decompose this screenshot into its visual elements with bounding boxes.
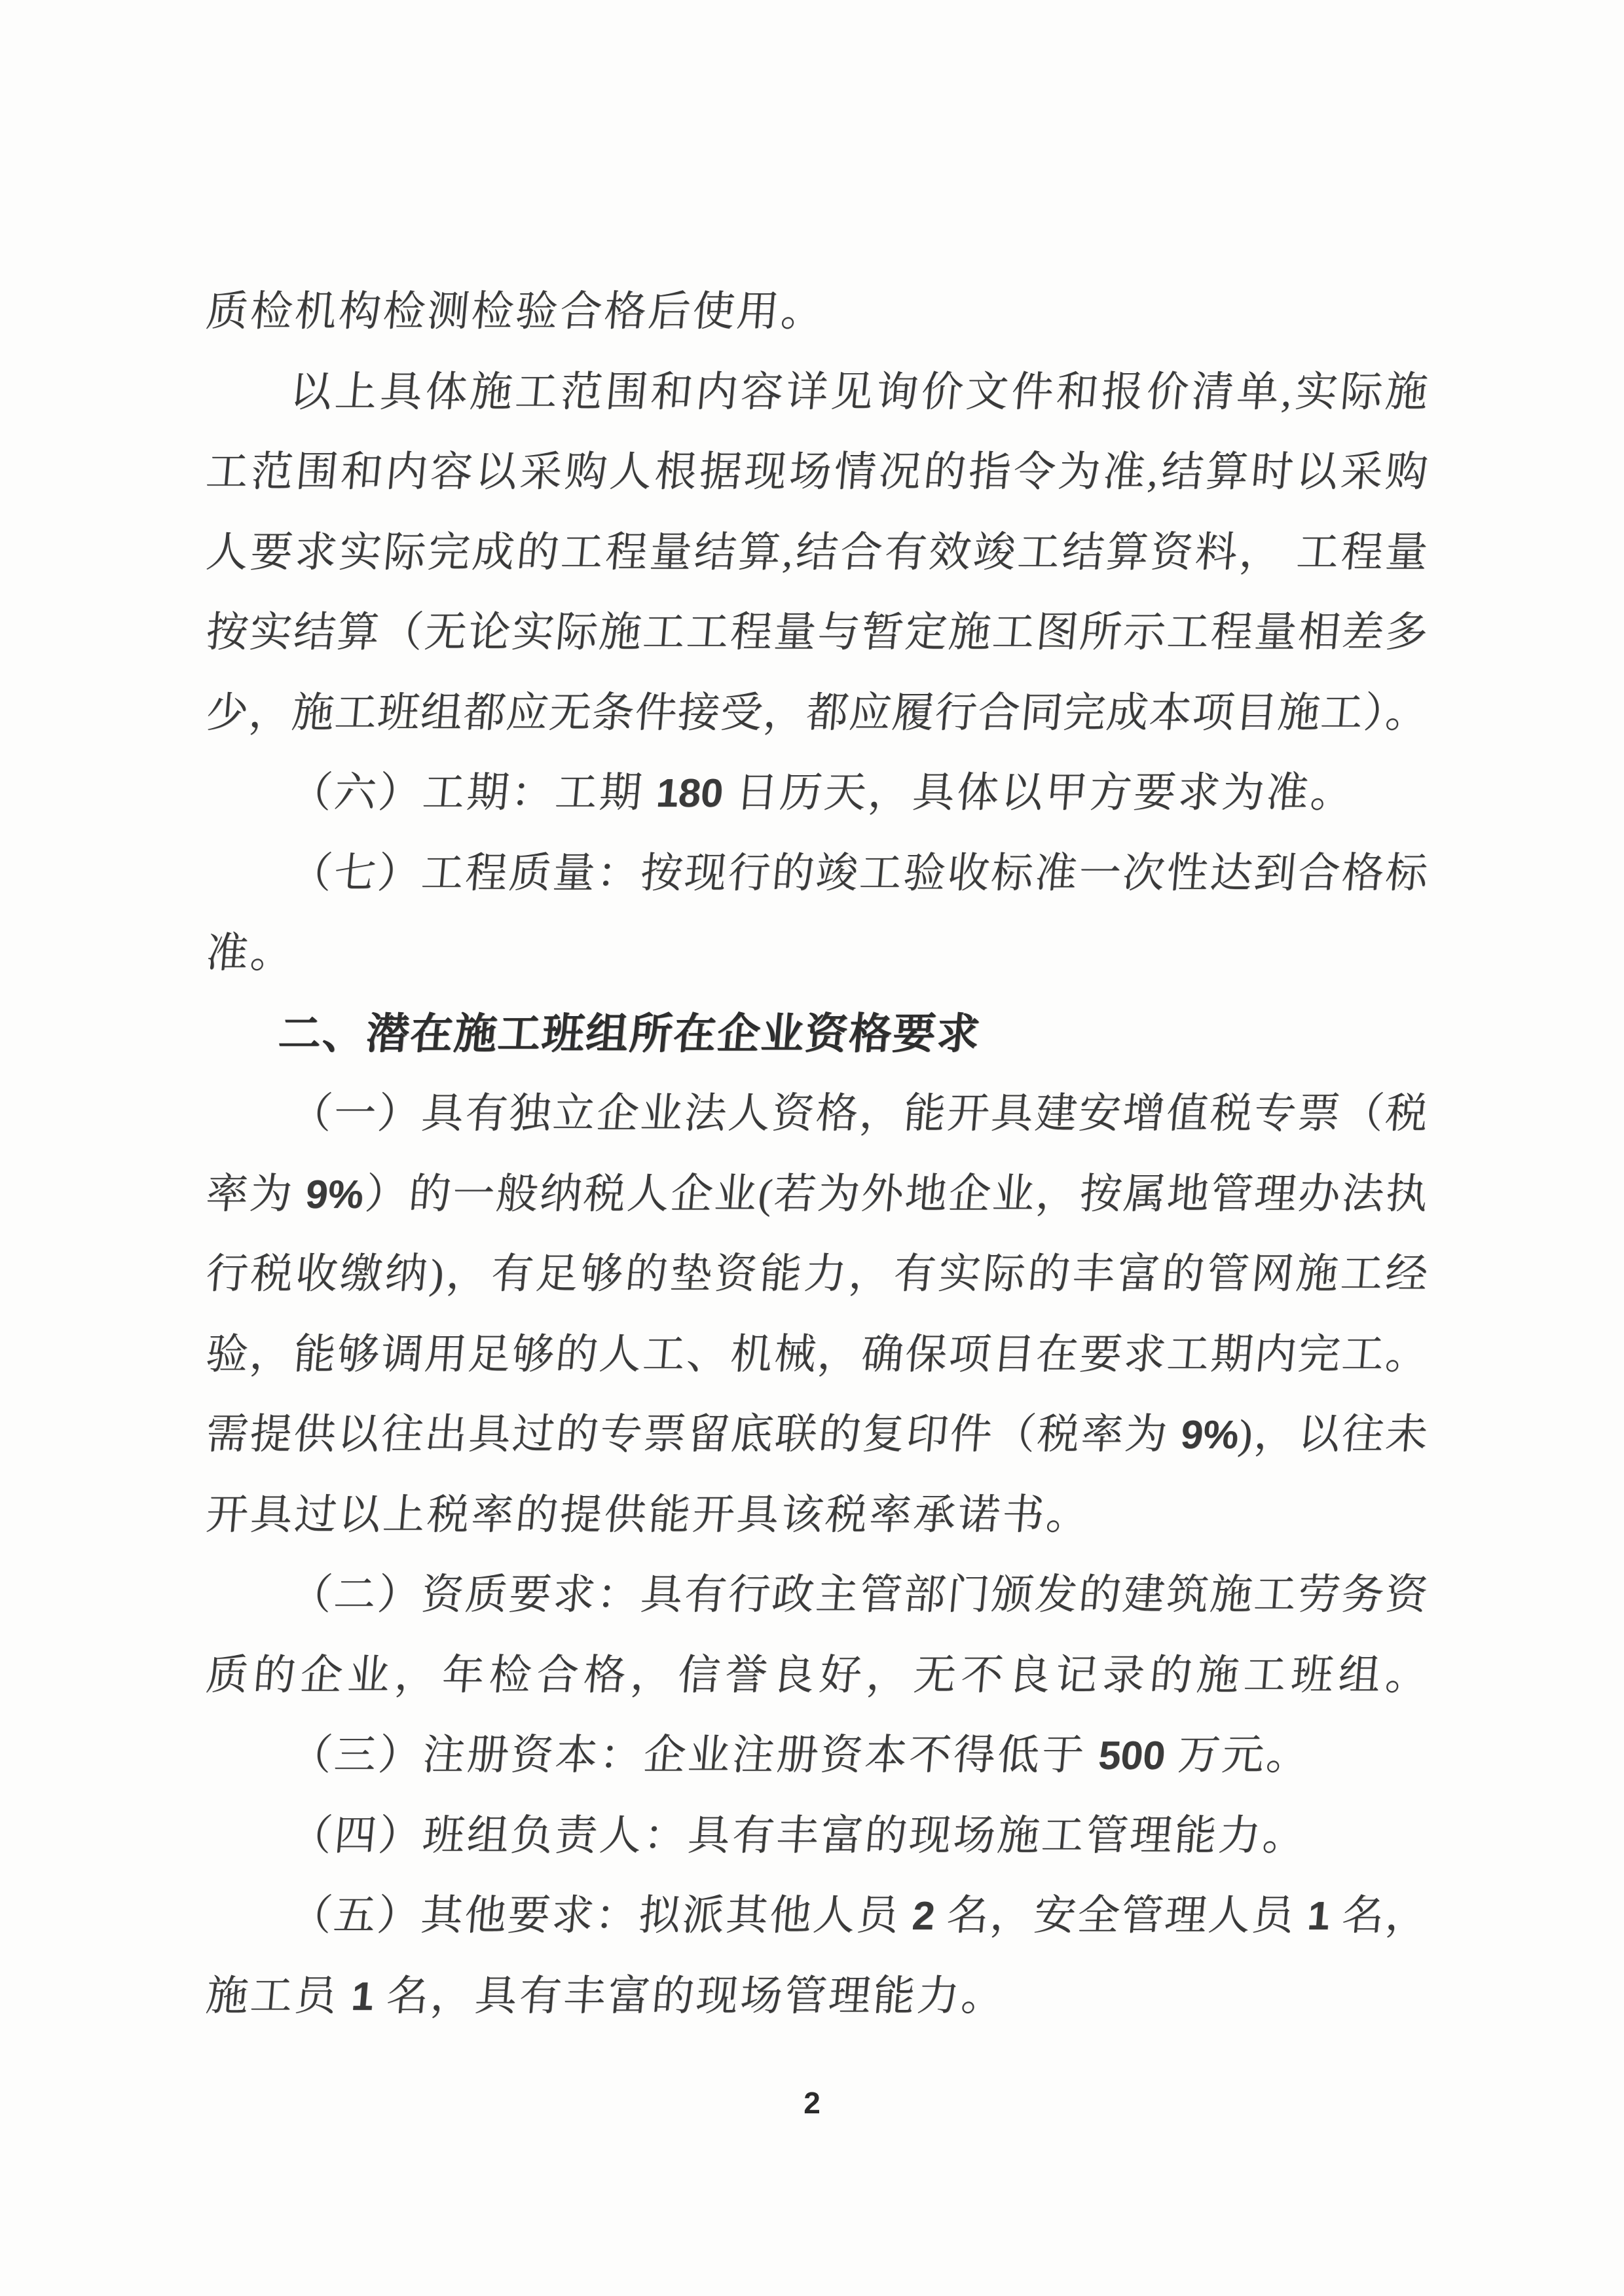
text-line: 验，能够调用足够的人工、机械，确保项目在要求工期内完工。 (203, 1315, 1431, 1395)
text-segment: 万元。 (1163, 1732, 1312, 1778)
text-line: （五）其他要求：拟派其他人员 2 名，安全管理人员 1 名， (203, 1876, 1431, 1956)
text-segment: 施工员 (204, 1973, 354, 2019)
text-segment: （六）工期：工期 (288, 769, 659, 816)
text-segment: （七）工程质量：按现行的竣工验收标准一次性达到合格标 (288, 850, 1430, 896)
text-segment: （一）具有独立企业法人资格，能开具建安增值税专票（税 (288, 1090, 1430, 1137)
text-segment: 二、潜在施工班组所在企业资格要求 (276, 1010, 982, 1057)
text-line: 开具过以上税率的提供能开具该税率承诺书。 (203, 1475, 1431, 1556)
text-segment: 工范围和内容以采购人根据现场情况的指令为准,结算时以采购 (204, 448, 1430, 495)
text-segment: 质检机构检测检验合格后使用。 (204, 288, 827, 335)
text-line: 少，施工班组都应无条件接受，都应履行合同完成本项目施工）。 (203, 673, 1431, 754)
text-segment: 名， (1328, 1892, 1430, 1939)
text-segment: 人要求实际完成的工程量结算,结合有效竣工结算资料， 工程量 (204, 529, 1430, 575)
text-segment: （二）资质要求：具有行政主管部门颁发的建筑施工劳务资 (288, 1571, 1430, 1618)
numeric-value: 9% (1179, 1412, 1241, 1457)
text-segment: 以上具体施工范围和内容详见询价文件和报价清单,实际施 (288, 369, 1430, 415)
text-line: 质的企业，年检合格，信誉良好，无不良记录的施工班组。 (203, 1635, 1431, 1716)
text-line: 准。 (203, 913, 1431, 994)
section-heading: 二、潜在施工班组所在企业资格要求 (203, 994, 1431, 1074)
text-segment: 少，施工班组都应无条件接受，都应履行合同完成本项目施工）。 (204, 689, 1430, 736)
text-line: 行税收缴纳)，有足够的垫资能力，有实际的丰富的管网施工经 (203, 1234, 1431, 1315)
numeric-value: 9% (304, 1172, 365, 1216)
text-line: 质检机构检测检验合格后使用。 (203, 272, 1431, 352)
text-line: （三）注册资本：企业注册资本不得低于 500 万元。 (203, 1715, 1431, 1796)
numeric-value: 500 (1097, 1733, 1167, 1777)
text-line: 人要求实际完成的工程量结算,结合有效竣工结算资料， 工程量 (203, 513, 1431, 593)
page-number: 2 (803, 2086, 821, 2120)
text-segment: 名，安全管理人员 (932, 1892, 1310, 1939)
page-footer: 2 (0, 2085, 1624, 2121)
document-body: 质检机构检测检验合格后使用。以上具体施工范围和内容详见询价文件和报价清单,实际施… (206, 272, 1428, 2036)
text-segment: 行税收缴纳)，有足够的垫资能力，有实际的丰富的管网施工经 (204, 1250, 1430, 1297)
text-segment: )，以往未 (1236, 1411, 1430, 1457)
text-segment: 验，能够调用足够的人工、机械，确保项目在要求工期内完工。 (204, 1331, 1430, 1377)
text-line: （一）具有独立企业法人资格，能开具建安增值税专票（税 (203, 1074, 1431, 1154)
text-segment: （四）班组负责人：具有丰富的现场施工管理能力。 (288, 1812, 1309, 1859)
text-segment: 开具过以上税率的提供能开具该税率承诺书。 (204, 1491, 1093, 1538)
text-segment: 需提供以往出具过的专票留底联的复印件（税率为 (204, 1411, 1183, 1457)
text-segment: （五）其他要求：拟派其他人员 (288, 1892, 915, 1939)
text-segment: 日历天，具体以甲方要求为准。 (721, 769, 1357, 816)
text-line: 工范围和内容以采购人根据现场情况的指令为准,结算时以采购 (203, 432, 1431, 513)
text-line: 率为 9%）的一般纳税人企业(若为外地企业，按属地管理办法执 (203, 1154, 1431, 1235)
text-line: 按实结算（无论实际施工工程量与暂定施工图所示工程量相差多 (203, 592, 1431, 673)
text-segment: （三）注册资本：企业注册资本不得低于 (288, 1732, 1101, 1778)
text-line: 以上具体施工范围和内容详见询价文件和报价清单,实际施 (203, 352, 1431, 433)
text-line: （七）工程质量：按现行的竣工验收标准一次性达到合格标 (203, 833, 1431, 914)
text-segment: 率为 (204, 1171, 308, 1217)
text-segment: 按实结算（无论实际施工工程量与暂定施工图所示工程量相差多 (204, 609, 1430, 655)
text-segment: 名，具有丰富的现场管理能力。 (372, 1973, 1008, 2019)
text-line: 需提供以往出具过的专票留底联的复印件（税率为 9%)，以往未 (203, 1394, 1431, 1475)
text-line: （六）工期：工期 180 日历天，具体以甲方要求为准。 (203, 753, 1431, 833)
text-line: 施工员 1 名，具有丰富的现场管理能力。 (203, 1956, 1431, 2037)
text-line: （二）资质要求：具有行政主管部门颁发的建筑施工劳务资 (203, 1555, 1431, 1635)
document-page: 质检机构检测检验合格后使用。以上具体施工范围和内容详见询价文件和报价清单,实际施… (0, 0, 1624, 2296)
numeric-value: 180 (655, 771, 725, 815)
text-line: （四）班组负责人：具有丰富的现场施工管理能力。 (203, 1796, 1431, 1876)
text-segment: ）的一般纳税人企业(若为外地企业，按属地管理办法执 (361, 1171, 1430, 1217)
text-segment: 准。 (204, 930, 297, 976)
text-segment: 质的企业，年检合格，信誉良好，无不良记录的施工班组。 (204, 1652, 1430, 1698)
